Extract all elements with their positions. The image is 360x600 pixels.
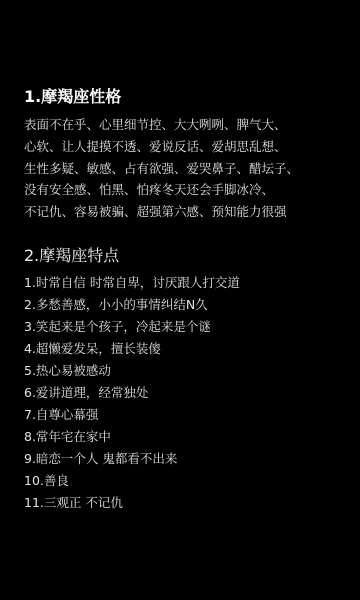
list-item: 5.热心易被感动 (24, 360, 344, 382)
paragraph-line: 不记仇、容易被骗、超强第六感、预知能力很强 (24, 201, 344, 223)
article-content: 1.摩羯座性格 表面不在乎、心里细节控、大大咧咧、脾气大、 心软、让人提摸不透、… (24, 86, 344, 514)
paragraph-line: 表面不在乎、心里细节控、大大咧咧、脾气大、 (24, 114, 344, 136)
personality-paragraph: 表面不在乎、心里细节控、大大咧咧、脾气大、 心软、让人提摸不透、爱说反话、爱胡思… (24, 114, 344, 223)
section-title-traits: 2.摩羯座特点 (24, 245, 344, 267)
personality-section: 1.摩羯座性格 表面不在乎、心里细节控、大大咧咧、脾气大、 心软、让人提摸不透、… (24, 86, 344, 223)
list-item: 1.时常自信 时常自卑，讨厌跟人打交道 (24, 272, 344, 294)
list-item: 9.暗恋一个人 鬼都看不出来 (24, 448, 344, 470)
paragraph-line: 生性多疑、敏感、占有欲强、爱哭鼻子、醋坛子、 (24, 158, 344, 180)
list-item: 6.爱讲道理，经常独处 (24, 382, 344, 404)
list-item: 2.多愁善感，小小的事情纠结N久 (24, 294, 344, 316)
section-title-personality: 1.摩羯座性格 (24, 86, 344, 108)
paragraph-line: 没有安全感、怕黑、怕疼冬天还会手脚冰冷、 (24, 179, 344, 201)
paragraph-line: 心软、让人提摸不透、爱说反话、爱胡思乱想、 (24, 136, 344, 158)
list-item: 7.自尊心幕强 (24, 404, 344, 426)
traits-list: 1.时常自信 时常自卑，讨厌跟人打交道 2.多愁善感，小小的事情纠结N久 3.笑… (24, 272, 344, 514)
list-item: 10.善良 (24, 470, 344, 492)
list-item: 8.常年宅在家中 (24, 426, 344, 448)
list-item: 11.三观正 不记仇 (24, 492, 344, 514)
traits-section: 2.摩羯座特点 1.时常自信 时常自卑，讨厌跟人打交道 2.多愁善感，小小的事情… (24, 245, 344, 514)
list-item: 3.笑起来是个孩子，冷起来是个谜 (24, 316, 344, 338)
list-item: 4.超懒爱发呆，擅长装傻 (24, 338, 344, 360)
